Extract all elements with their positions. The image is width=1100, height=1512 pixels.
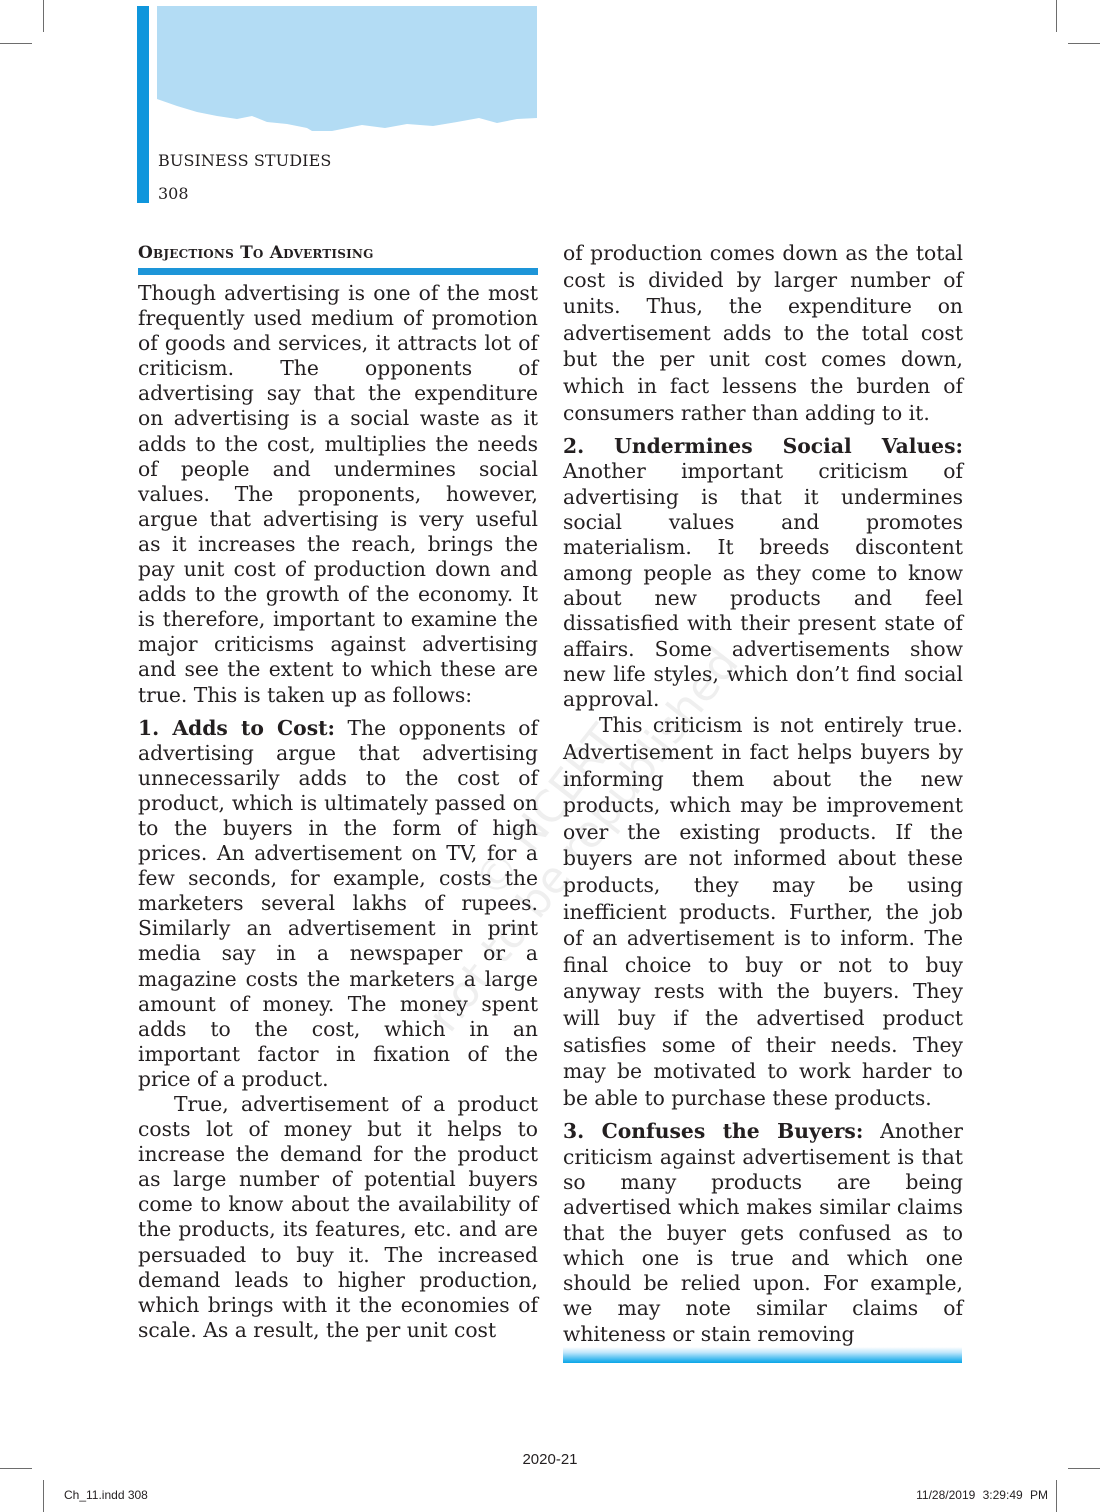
point-1-paragraph: 1. Adds to Cost: The opponents of advert… [138,716,538,1092]
point-3-title: 3. Confuses the Buyers: [563,1119,863,1143]
crop-mark-top-left-vertical [43,0,44,32]
running-head: BUSINESS STUDIES [158,151,331,170]
crop-mark-bottom-left-vertical [43,1480,44,1512]
crop-mark-top-right-horizontal [1068,43,1100,44]
heading-underline [138,268,538,275]
column-end-bar [563,1347,962,1363]
crop-mark-bottom-right-vertical [1056,1480,1057,1512]
point-3-body: Another criticism against advertisement … [563,1119,963,1345]
crop-mark-top-right-vertical [1056,0,1057,32]
crop-mark-bottom-left-horizontal [0,1468,32,1469]
point-1-title: 1. Adds to Cost: [138,716,335,740]
point-3-paragraph: 3. Confuses the Buyers: Another criticis… [563,1119,963,1347]
slug-timestamp: 11/28/2019 3:29:49 PM [916,1488,1048,1502]
point-1-rebuttal-part-1: True, advertisement of a product costs l… [138,1092,538,1343]
right-column: of production comes down as the total co… [563,240,963,1347]
crop-mark-top-left-horizontal [0,43,32,44]
point-2-title: 2. Undermines Social Values: [563,434,963,458]
crop-mark-bottom-right-horizontal [1068,1468,1100,1469]
section-heading: Objections To Advertising [138,240,538,266]
point-2-rebuttal: This criticism is not entirely true. Adv… [563,712,963,1111]
left-column: Objections To Advertising Though adverti… [138,240,538,1343]
slug-file-info: Ch_11.indd 308 [64,1488,148,1502]
header-cloud-graphic [157,6,537,131]
point-2-paragraph: 2. Undermines Social Values: Another imp… [563,434,963,712]
point-1-rebuttal-part-2: of production comes down as the total co… [563,240,963,426]
header-accent-bar [137,6,149,203]
point-2-body: Another important criticism of advertisi… [563,459,963,711]
intro-paragraph: Though advertising is one of the most fr… [138,281,538,708]
footer-year: 2020-21 [0,1451,1100,1468]
page-number: 308 [158,184,189,203]
point-1-body: The opponents of advertising argue that … [138,716,538,1091]
